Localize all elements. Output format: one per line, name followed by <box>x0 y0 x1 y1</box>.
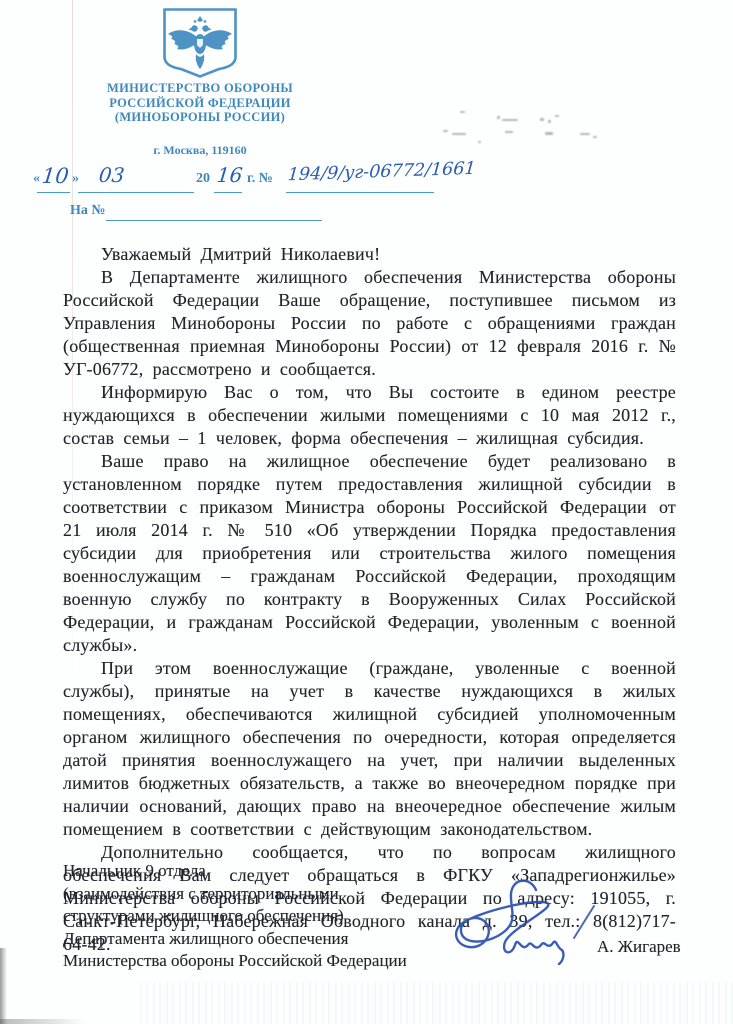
handwritten-month: 03 <box>98 163 126 187</box>
redacted-recipient-block <box>440 106 645 144</box>
signoff-line-1: Начальник 9 отдела <box>63 860 493 883</box>
redaction-smudge <box>545 132 553 135</box>
letterhead-ministry-name: МИНИСТЕРСТВО ОБОРОНЫ РОССИЙСКОЙ ФЕДЕРАЦИ… <box>58 81 342 125</box>
paragraph-4: При этом военнослужащие (граждане, уволе… <box>63 657 676 841</box>
date-open-quote: « <box>33 171 40 187</box>
redaction-smudge <box>502 119 518 121</box>
ref-number-underline <box>286 192 434 193</box>
year-underline <box>214 192 242 193</box>
handwritten-day: 10 <box>41 164 70 188</box>
redaction-smudge <box>478 141 481 143</box>
signoff-line-4: Департамента жилищного обеспечения <box>63 928 493 951</box>
paragraph-3: Ваше право на жилищное обеспечение будет… <box>63 450 676 657</box>
year-prefix: 20 <box>196 171 210 187</box>
redaction-smudge <box>452 133 466 135</box>
letter-body: Уважаемый Дмитрий Николаевич! В Департам… <box>63 243 676 956</box>
paragraph-2: Информирую Вас о том, что Вы состоите в … <box>63 381 676 450</box>
redaction-smudge <box>540 118 544 121</box>
number-label: г. № <box>247 171 273 187</box>
redaction-smudge <box>460 111 465 113</box>
redaction-smudge <box>580 133 590 135</box>
signoff-line-3: структурами жилищного обеспечения) <box>63 905 493 928</box>
scan-edge-shadow-bottom <box>0 1019 86 1024</box>
redaction-smudge <box>593 136 597 138</box>
redaction-smudge <box>497 116 500 119</box>
ministry-line-1: МИНИСТЕРСТВО ОБОРОНЫ <box>58 81 342 96</box>
redaction-smudge <box>548 120 551 123</box>
redaction-smudge <box>555 115 559 117</box>
scan-edge-shadow <box>0 948 7 1024</box>
scan-noise-strip <box>140 982 733 1024</box>
salutation: Уважаемый Дмитрий Николаевич! <box>63 243 588 266</box>
reply-to-label: На № <box>70 203 105 219</box>
signoff-line-5: Министерства обороны Российской Федераци… <box>63 950 493 973</box>
scanned-letter-page: МИНИСТЕРСТВО ОБОРОНЫ РОССИЙСКОЙ ФЕДЕРАЦИ… <box>0 0 733 1024</box>
paragraph-1: В Департаменте жилищного обеспечения Мин… <box>63 266 676 381</box>
handwritten-year: 16 <box>216 163 244 187</box>
date-close-quote: » <box>72 171 79 187</box>
redaction-smudge <box>505 131 513 133</box>
day-underline <box>37 192 70 193</box>
signoff-block: Начальник 9 отдела (взаимодействия с тер… <box>63 860 493 973</box>
handwritten-signature-icon <box>448 876 598 981</box>
handwritten-ref-number: 194/9/уг-06772/1661 <box>287 159 476 186</box>
ministry-line-2: РОССИЙСКОЙ ФЕДЕРАЦИИ <box>58 96 342 111</box>
letterhead-city-line: г. Москва, 119160 <box>58 143 342 158</box>
ministry-emblem-icon <box>162 7 238 79</box>
signatory-name: А. Жигарев <box>597 937 681 957</box>
signoff-line-2: (взаимодействия с территориальными <box>63 883 493 906</box>
ministry-line-3: (МИНОБОРОНЫ РОССИИ) <box>58 110 342 125</box>
redaction-smudge <box>443 130 448 132</box>
reply-to-underline <box>106 220 322 221</box>
month-underline <box>78 192 194 193</box>
